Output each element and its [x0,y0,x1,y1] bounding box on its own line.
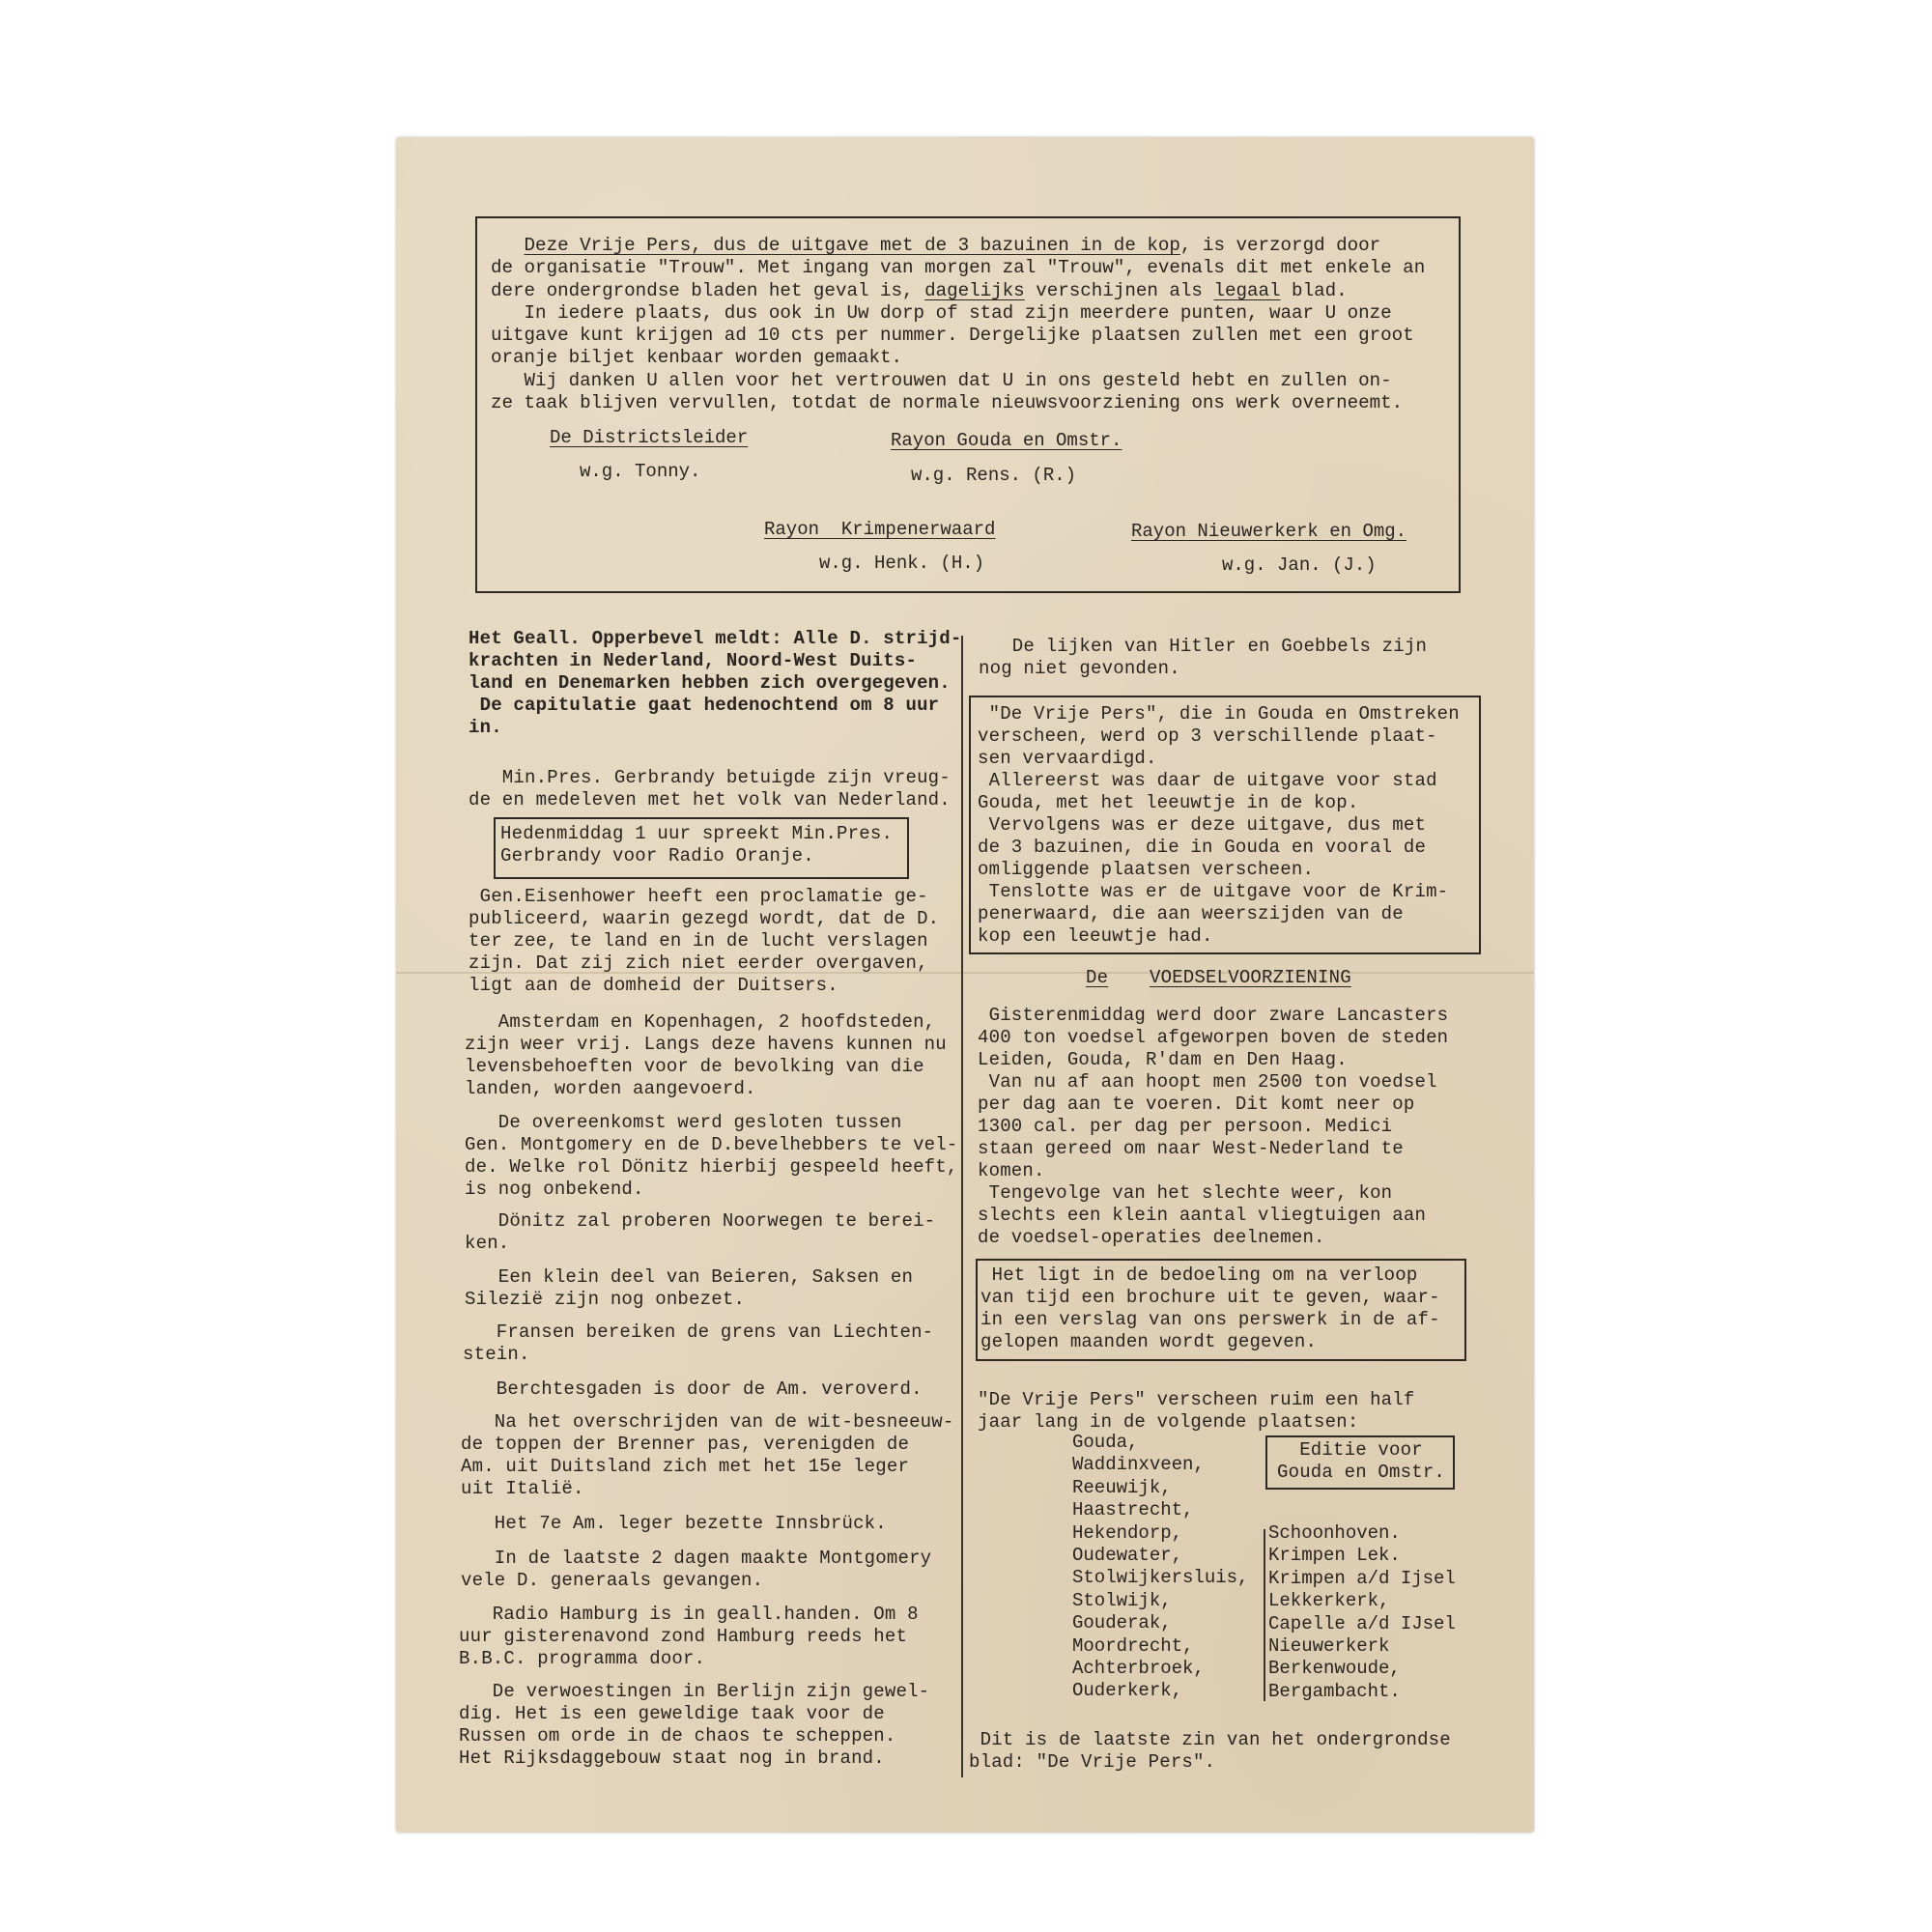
brochure-text: Het ligt in de bedoeling om na verloop v… [980,1264,1440,1353]
editie-label: Editie voor Gouda en Omstr. [1277,1439,1445,1484]
column-divider [961,636,963,1777]
food-heading: VOEDSELVOORZIENING [1150,967,1351,989]
signature-name-rens: w.g. Rens. (R.) [911,465,1076,487]
places-intro: "De Vrije Pers" verscheen ruim een half … [978,1389,1414,1434]
signature-name-jan: w.g. Jan. (J.) [1222,554,1377,577]
left-p10: Na het overschrijden van de wit-besneeuw… [461,1411,953,1500]
left-p3: Gen.Eisenhower heeft een proclamatie ge-… [469,886,939,997]
left-p12: In de laatste 2 dagen maakte Montgomery … [461,1548,931,1592]
signature-title-krimpenerwaard: Rayon Krimpenerwaard [764,519,995,541]
left-p5: De overeenkomst werd gesloten tussen Gen… [465,1112,957,1201]
left-p4: Amsterdam en Kopenhagen, 2 hoofdsteden, … [465,1011,947,1100]
top-notice-text: Deze Vrije Pers, dus de uitgave met de 3… [491,235,1425,414]
editions-text: "De Vrije Pers", die in Gouda en Omstrek… [978,703,1460,948]
left-p6: Dönitz zal proberen Noorwegen te berei- … [465,1210,935,1255]
signature-title-gouda: Rayon Gouda en Omstr. [891,430,1122,452]
left-p2: Min.Pres. Gerbrandy betuigde zijn vreug-… [469,767,951,811]
left-p11: Het 7e Am. leger bezette Innsbrück. [461,1513,887,1535]
signature-title-districtsleider: De Districtsleider [550,427,748,449]
left-p13: Radio Hamburg is in geall.handen. Om 8 u… [459,1604,919,1670]
food-heading-prefix: De [1086,967,1108,989]
food-text: Gisterenmiddag werd door zware Lancaster… [978,1005,1448,1249]
right-p1: De lijken van Hitler en Goebbels zijn no… [979,636,1427,680]
left-p1: Het Geall. Opperbevel meldt: Alle D. str… [469,628,961,739]
left-p8: Fransen bereiken de grens van Liechten- … [463,1321,933,1366]
places-list-left: Gouda, Waddinxveen, Reeuwijk, Haastrecht… [1072,1432,1248,1703]
left-p14: De verwoestingen in Berlijn zijn gewel- … [459,1681,929,1770]
closing-text: Dit is de laatste zin van het ondergrond… [969,1729,1451,1774]
signature-name-henk: w.g. Henk. (H.) [819,553,984,575]
radio-oranje-text: Hedenmiddag 1 uur spreekt Min.Pres. Gerb… [500,823,893,867]
signature-title-nieuwerkerk: Rayon Nieuwerkerk en Omg. [1131,521,1406,543]
left-p7: Een klein deel van Beieren, Saksen en Si… [465,1266,913,1311]
left-p9: Berchtesgaden is door de Am. veroverd. [463,1378,923,1401]
food-heading-prefix-text: De [1086,967,1108,988]
places-list-right: Schoonhoven. Krimpen Lek. Krimpen a/d Ij… [1268,1522,1456,1703]
signature-name-tonny: w.g. Tonny. [580,461,700,483]
places-divider [1264,1529,1265,1701]
